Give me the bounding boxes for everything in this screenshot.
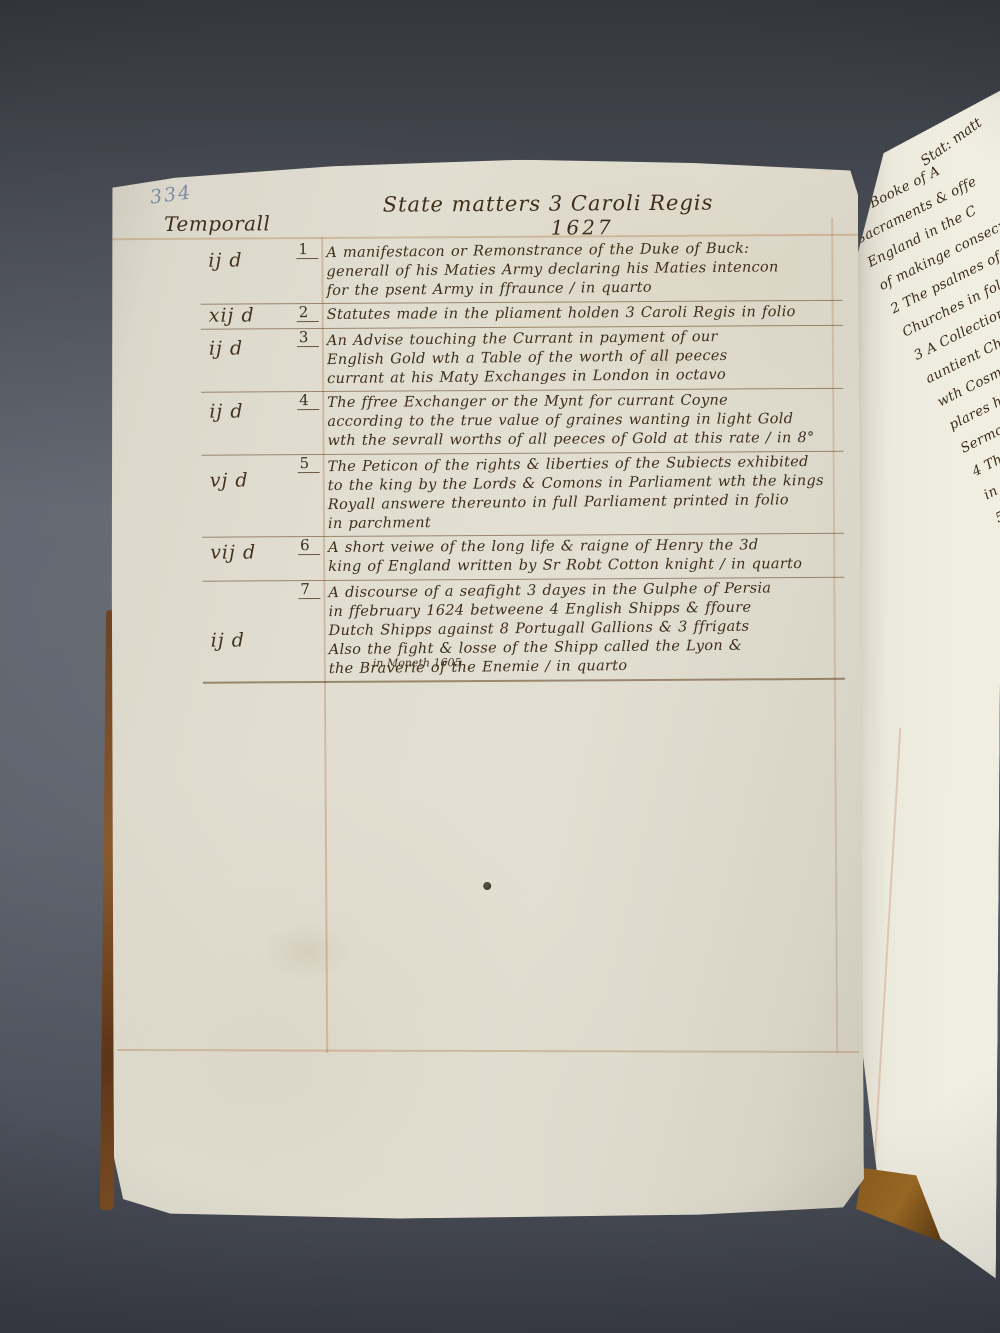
ruled-line-bottom bbox=[117, 1049, 859, 1052]
price-mark: xij d bbox=[209, 304, 255, 326]
page-title-year: 1627 bbox=[522, 215, 642, 240]
entry-line: king of England written by Sr Robt Cotto… bbox=[328, 555, 844, 577]
catalogue-entry: ij d 4 The ffree Exchanger or the Mynt f… bbox=[201, 389, 843, 456]
catalogue-entry: vij d 6 A short veiwe of the long life &… bbox=[202, 534, 844, 582]
entry-number: 3 bbox=[297, 328, 319, 347]
page-stain bbox=[262, 921, 352, 982]
entry-line: the Braverie of the Enemie / in quarto bbox=[329, 655, 845, 679]
entry-line: currant at his Maty Exchanges in London … bbox=[327, 365, 843, 389]
entry-line: Statutes made in the pliament holden 3 C… bbox=[327, 303, 843, 325]
right-page-text-block: 1 A Booke of A Sacraments & offe England… bbox=[839, 71, 1000, 601]
price-mark: ij d bbox=[209, 400, 243, 422]
entry-line: wth the sevrall worths of all peeces of … bbox=[327, 429, 843, 451]
entry-line: for the psent Army in ffraunce / in quar… bbox=[326, 277, 842, 301]
left-page: 334 Temporall State matters 3 Caroli Reg… bbox=[108, 158, 864, 1221]
entry-number: 4 bbox=[297, 391, 319, 410]
manuscript-photograph: Stat: matt 1 A Booke of A Sacraments & o… bbox=[0, 0, 1000, 1333]
section-heading: Temporall bbox=[164, 211, 270, 236]
ink-blot bbox=[483, 882, 491, 890]
price-mark: ij d bbox=[208, 249, 242, 271]
catalogue-entry: ij d 3 An Advise touching the Currant in… bbox=[201, 326, 843, 393]
price-mark: ij d bbox=[209, 337, 243, 359]
price-mark: ij d bbox=[211, 629, 245, 651]
entry-number: 6 bbox=[298, 536, 320, 555]
entry-number: 5 bbox=[298, 454, 320, 473]
page-title: State matters 3 Caroli Regis bbox=[328, 190, 768, 217]
catalogue-entry: vj d 5 The Peticon of the rights & liber… bbox=[202, 452, 844, 538]
folio-number-pencil: 334 bbox=[149, 181, 194, 208]
entry-number: 2 bbox=[297, 303, 319, 322]
catalogue-entry: ij d 1 A manifestacon or Remonstrance of… bbox=[200, 238, 842, 305]
entry-number: 7 bbox=[298, 580, 320, 599]
entry-number: 1 bbox=[296, 240, 318, 259]
catalogue-entry: xij d 2 Statutes made in the pliament ho… bbox=[201, 301, 843, 330]
entry-line: in parchment bbox=[328, 510, 844, 534]
catalogue-entry: ij d 7 in Moneth 1605 A discourse of a s… bbox=[202, 578, 845, 684]
price-mark: vj d bbox=[210, 469, 249, 491]
catalogue-entries: ij d 1 A manifestacon or Remonstrance of… bbox=[200, 238, 845, 684]
price-mark: vij d bbox=[210, 541, 256, 563]
